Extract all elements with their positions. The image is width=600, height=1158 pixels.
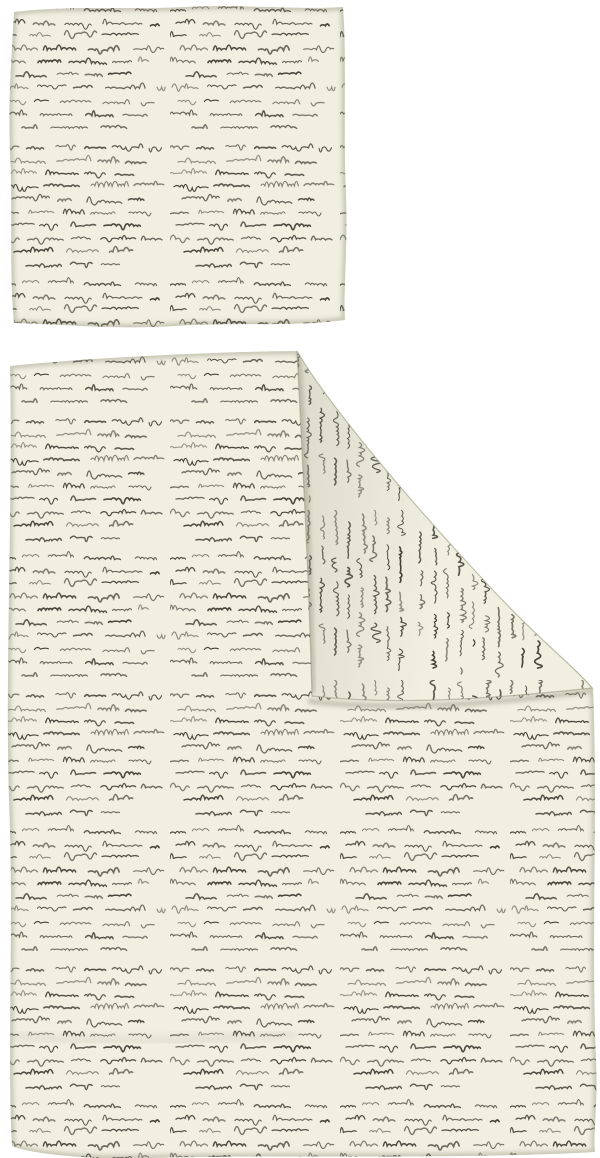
bedding-scene bbox=[0, 0, 600, 1158]
pillowcase-handwriting-print bbox=[9, 6, 346, 327]
folded-corner bbox=[297, 351, 592, 701]
bedding-product-photo bbox=[0, 0, 600, 1158]
flap-shading bbox=[297, 351, 592, 701]
duvet-cover bbox=[8, 351, 597, 1158]
pillowcase bbox=[9, 6, 346, 327]
